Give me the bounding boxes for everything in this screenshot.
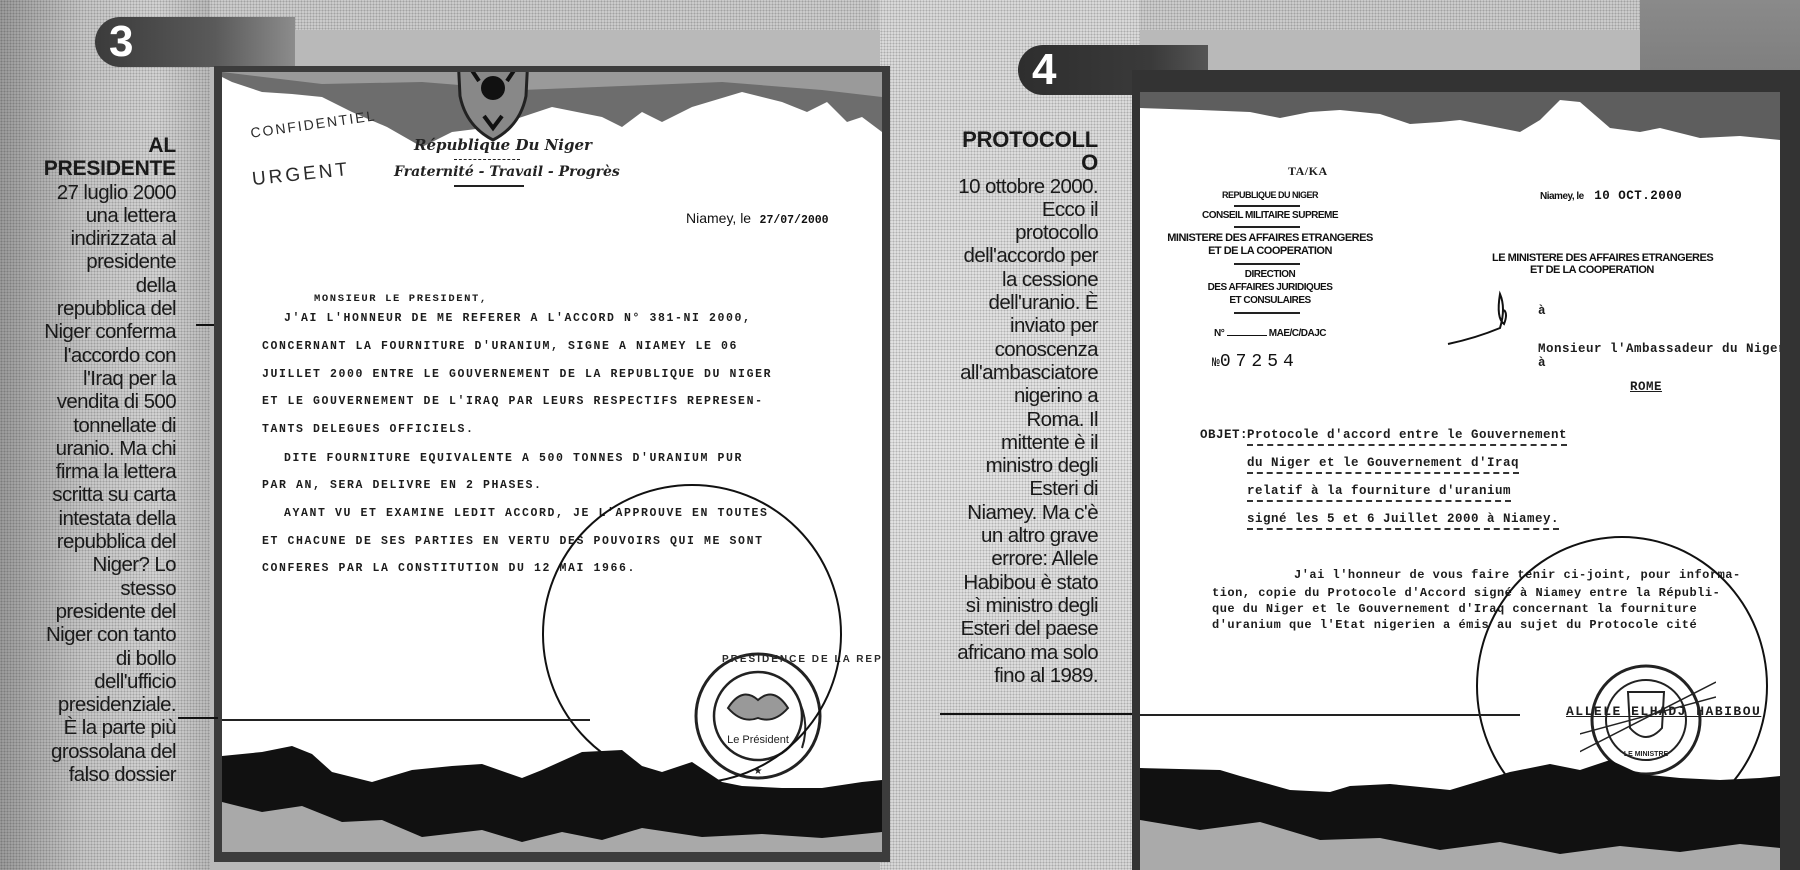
- caption-3-line: È la parte più: [8, 716, 176, 739]
- torn-edge-bottom: [222, 742, 882, 852]
- caption-3-line: dell'ufficio: [8, 670, 176, 693]
- caption-4-leader-line: [940, 713, 1140, 715]
- objet-label: OBJET:: [1200, 428, 1248, 442]
- caption-4-line: conoscenza: [910, 338, 1098, 361]
- header-divider-1: [1234, 205, 1300, 207]
- ref-initials: TA/KA: [1288, 164, 1328, 179]
- header-cooperation: ET DE LA COOPERATION: [1140, 245, 1410, 257]
- caption-4-line: 10 ottobre 2000.: [910, 175, 1098, 198]
- caption-4-line: nigerino a: [910, 384, 1098, 407]
- letter-1-body-line: TANTS DELEGUES OFFICIELS.: [262, 423, 475, 436]
- caption-3-line: presidenziale.: [8, 693, 176, 716]
- caption-4-headline-1: PROTOCOLL: [910, 128, 1098, 151]
- sender-cooperation: ET DE LA COOPERATION: [1530, 264, 1654, 276]
- caption-3-line: vendita di 500: [8, 390, 176, 413]
- letter-1-salutation: MONSIEUR LE PRESIDENT,: [314, 293, 488, 305]
- caption-3-line: uranio. Ma chi: [8, 437, 176, 460]
- caption-4-line: mittente è il: [910, 431, 1098, 454]
- caption-4-line: sì ministro degli: [910, 594, 1098, 617]
- header-consulaires: ET CONSULAIRES: [1160, 295, 1380, 306]
- caption-4-line: Roma. Il: [910, 408, 1098, 431]
- caption-3-line: una lettera: [8, 204, 176, 227]
- caption-4-line: Esteri di: [910, 477, 1098, 500]
- letterhead-divider-2: [454, 185, 524, 187]
- caption-3-line: della: [8, 274, 176, 297]
- header-divider-2: [1234, 226, 1300, 228]
- letter-2-place: Niamey, le: [1540, 191, 1584, 202]
- caption-4-line: ministro degli: [910, 454, 1098, 477]
- caption-4-line: inviato per: [910, 314, 1098, 337]
- caption-4-line: dell'uranio. È: [910, 291, 1098, 314]
- letter-1-body-line: JUILLET 2000 ENTRE LE GOUVERNEMENT DE LA…: [262, 368, 772, 381]
- caption-4-line: protocollo: [910, 221, 1098, 244]
- caption-3-line: di bollo: [8, 647, 176, 670]
- letter-1-body-line: DITE FOURNITURE EQUIVALENTE A 500 TONNES…: [284, 452, 743, 465]
- caption-3-line: indirizzata al: [8, 227, 176, 250]
- letter-2-a-1: à: [1538, 304, 1546, 318]
- ref-number-line: N° MAE/C/DAJC: [1214, 328, 1326, 339]
- objet-line: du Niger et le Gouvernement d'Iraq: [1247, 456, 1519, 474]
- caption-3-line: falso dossier: [8, 763, 176, 786]
- panel-3-caption: AL PRESIDENTE 27 luglio 2000una letterai…: [8, 134, 176, 786]
- caption-3-line: grossolana del: [8, 740, 176, 763]
- torn-edge-bottom: [1140, 750, 1780, 870]
- background-gray-block: [1640, 0, 1800, 70]
- header-republique: REPUBLIQUE DU NIGER: [1160, 190, 1380, 200]
- caption-3-line: presidente: [8, 250, 176, 273]
- caption-3-line: repubblica del: [8, 297, 176, 320]
- objet-line: signé les 5 et 6 Juillet 2000 à Niamey.: [1247, 512, 1559, 530]
- caption-3-line: tonnellate di: [8, 414, 176, 437]
- caption-3-line: intestata della: [8, 507, 176, 530]
- caption-3-line: Niger con tanto: [8, 623, 176, 646]
- caption-3-leader-line-bottom: [222, 719, 590, 721]
- serial-number: №07254: [1212, 352, 1299, 372]
- caption-3-leader-tick: [178, 717, 218, 719]
- caption-4-line: Esteri del paese: [910, 617, 1098, 640]
- letterhead-motto: Fraternité - Travail - Progrès: [394, 164, 620, 180]
- letter-1-place-date: Niamey, le 27/07/2000: [686, 210, 829, 228]
- letter-1-body-line: PAR AN, SERA DELIVRE EN 2 PHASES.: [262, 479, 543, 492]
- coat-of-arms-icon: [454, 72, 532, 144]
- caption-3-headline-2: PRESIDENTE: [8, 157, 176, 180]
- document-letter-president: CONFIDENTIEL URGENT République Du Niger …: [222, 72, 882, 852]
- header-direction: DIRECTION: [1160, 269, 1380, 280]
- letterhead-title: République Du Niger: [414, 136, 592, 154]
- caption-4-body: 10 ottobre 2000.Ecco ilprotocollodell'ac…: [910, 175, 1098, 688]
- magnifier-circle: [542, 484, 842, 784]
- caption-4-headline-2: O: [910, 151, 1098, 174]
- caption-3-line: stesso: [8, 577, 176, 600]
- letter-2-place-date: Niamey, le 10 OCT.2000: [1540, 186, 1682, 204]
- ref-number-code: MAE/C/DAJC: [1269, 328, 1326, 339]
- document-protocol-letter: TA/KA REPUBLIQUE DU NIGER CONSEIL MILITA…: [1140, 92, 1780, 870]
- caption-3-line: firma la lettera: [8, 460, 176, 483]
- caption-4-line: errore: Allele: [910, 547, 1098, 570]
- panel-3-number-badge: 3: [95, 17, 295, 67]
- caption-4-line: Habibou è stato: [910, 571, 1098, 594]
- caption-4-leader-line-doc: [1140, 714, 1520, 716]
- caption-3-line: repubblica del: [8, 530, 176, 553]
- panel-4-number: 4: [1032, 45, 1056, 94]
- caption-4-line: Niamey. Ma c'è: [910, 501, 1098, 524]
- letter-1-body-line: J'AI L'HONNEUR DE ME REFERER A L'ACCORD …: [284, 312, 752, 325]
- handwritten-initial-icon: [1446, 288, 1526, 348]
- torn-edge-top: [1140, 92, 1780, 152]
- panel-4-caption: PROTOCOLL O 10 ottobre 2000.Ecco ilproto…: [910, 128, 1098, 687]
- letter-1-body-line: ET LE GOUVERNEMENT DE L'IRAQ PAR LEURS R…: [262, 395, 764, 408]
- caption-3-line: l'Iraq per la: [8, 367, 176, 390]
- addressee: Monsieur l'Ambassadeur du Niger: [1538, 342, 1780, 356]
- caption-3-line: scritta su carta: [8, 483, 176, 506]
- caption-4-line: la cessione: [910, 268, 1098, 291]
- panel-3-number: 3: [109, 17, 133, 66]
- ref-number-label: N°: [1214, 328, 1224, 339]
- caption-3-line: 27 luglio 2000: [8, 181, 176, 204]
- caption-4-line: Ecco il: [910, 198, 1098, 221]
- letter-1-date: 27/07/2000: [760, 214, 829, 227]
- city-rome: ROME: [1630, 380, 1662, 394]
- header-divider-3: [1234, 263, 1300, 265]
- header-affaires-juridiques: DES AFFAIRES JURIDIQUES: [1160, 282, 1380, 293]
- caption-3-line: l'accordo con: [8, 344, 176, 367]
- caption-4-line: africano ma solo: [910, 641, 1098, 664]
- caption-3-line: Niger conferma: [8, 320, 176, 343]
- letterhead-divider-1: [454, 159, 520, 160]
- caption-4-line: fino al 1989.: [910, 664, 1098, 687]
- caption-3-body: 27 luglio 2000una letteraindirizzata alp…: [8, 181, 176, 787]
- letter-1-body-line: CONCERNANT LA FOURNITURE D'URANIUM, SIGN…: [262, 340, 738, 353]
- caption-3-headline-1: AL: [8, 134, 176, 157]
- letter-2-date: 10 OCT.2000: [1594, 189, 1682, 203]
- letter-2-a-2: à: [1538, 356, 1546, 370]
- letter-1-place: Niamey, le: [686, 210, 751, 226]
- objet-line: relatif à la fourniture d'uranium: [1247, 484, 1511, 502]
- caption-4-line: un altro grave: [910, 524, 1098, 547]
- objet-line: Protocole d'accord entre le Gouvernement: [1247, 428, 1567, 446]
- header-conseil: CONSEIL MILITAIRE SUPREME: [1160, 210, 1380, 221]
- header-ministere: MINISTERE DES AFFAIRES ETRANGERES: [1140, 232, 1410, 244]
- sender-ministere: LE MINISTERE DES AFFAIRES ETRANGERES: [1492, 252, 1780, 264]
- caption-3-line: presidente del: [8, 600, 176, 623]
- caption-3-line: Niger? Lo: [8, 553, 176, 576]
- header-divider-4: [1234, 312, 1300, 314]
- caption-4-line: dell'accordo per: [910, 244, 1098, 267]
- caption-4-line: all'ambasciatore: [910, 361, 1098, 384]
